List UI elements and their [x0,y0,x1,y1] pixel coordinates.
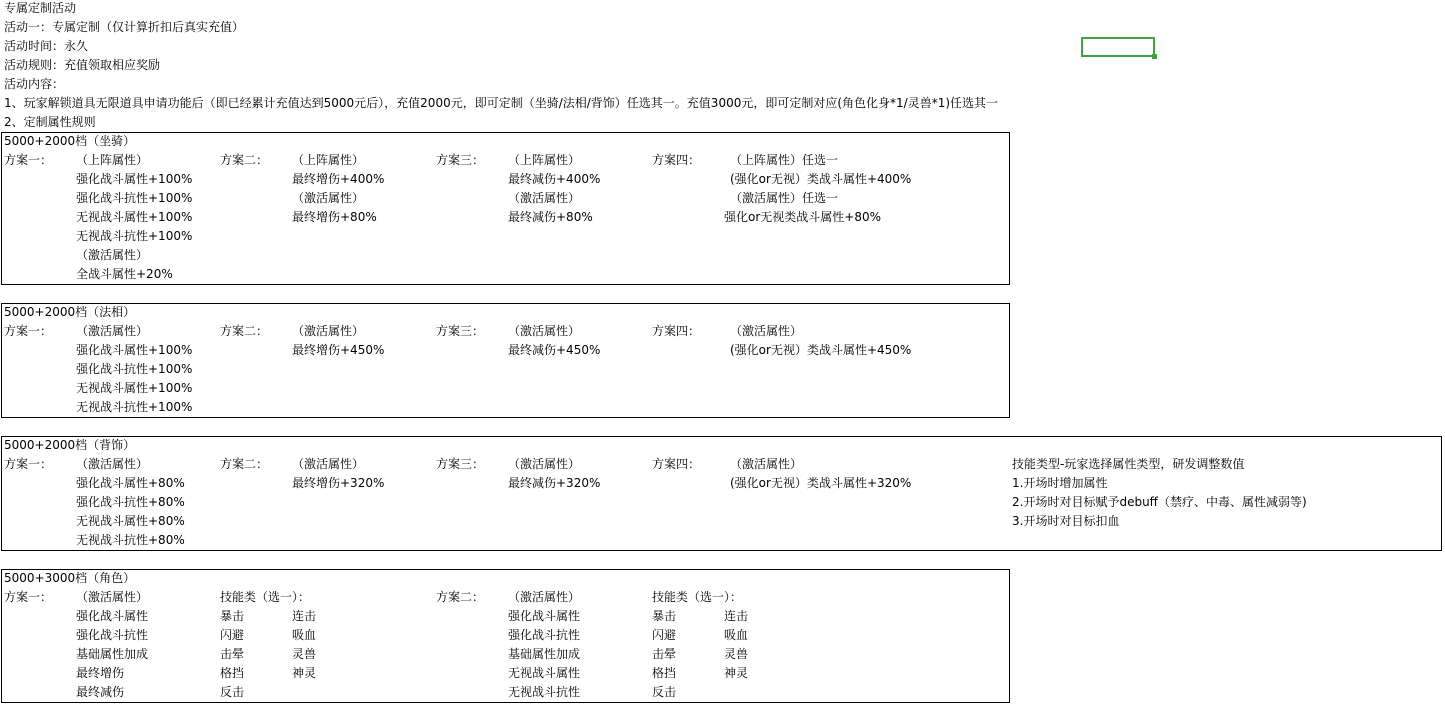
role-plan2-skill: 格挡 [652,664,676,683]
back-plan1-line: （激活属性） [76,455,148,474]
back-plan2-label: 方案二： [220,455,268,474]
back-plan1-line: 强化战斗属性+80% [76,474,185,493]
role-plan2-skill-label: 技能类（选一）： [652,588,742,607]
mount-plan1-line: 强化战斗属性+100% [76,170,192,189]
faxiang-plan3-line: （激活属性） [508,322,580,341]
role-plan1-skill: 闪避 [220,626,244,645]
mount-plan3-line: （上阵属性） [508,151,580,170]
mount-plan1-line: （上阵属性） [76,151,148,170]
skill-note: 技能类型-玩家选择属性类型，研发调整数值 [1012,455,1244,474]
back-plan2-line: （激活属性） [292,455,364,474]
role-plan2-line: （激活属性） [508,588,580,607]
mount-plan3-line: 最终减伤+80% [508,208,593,227]
mount-plan2-label: 方案二： [220,151,268,170]
role-plan1-line: 强化战斗属性 [76,607,148,626]
role-plan1-skill: 灵兽 [292,645,316,664]
mount-plan4-line: （上阵属性）任选一 [730,151,838,170]
faxiang-plan3-label: 方案三： [436,322,484,341]
role-plan2-line: 无视战斗属性 [508,664,580,683]
mount-plan2-line: （激活属性） [292,189,364,208]
role-plan1-line: 强化战斗抗性 [76,626,148,645]
role-plan2-line: 基础属性加成 [508,645,580,664]
faxiang-plan1-label: 方案一： [4,322,52,341]
mount-plan2-line: （上阵属性） [292,151,364,170]
role-plan1-skill: 格挡 [220,664,244,683]
mount-plan2-line: 最终增伤+80% [292,208,377,227]
mount-plan1-line: 无视战斗抗性+100% [76,227,192,246]
mount-plan2-line: 最终增伤+400% [292,170,384,189]
role-plan1-skill: 连击 [292,607,316,626]
mount-plan4-label: 方案四： [652,151,700,170]
role-plan2-line: 强化战斗抗性 [508,626,580,645]
role-plan1-line: 最终减伤 [76,683,124,702]
role-plan2-skill: 击晕 [652,645,676,664]
activity-time: 活动时间：永久 [4,37,88,56]
faxiang-plan1-line: （激活属性） [76,322,148,341]
back-plan1-line: 无视战斗抗性+80% [76,531,185,550]
role-plan2-skill: 灵兽 [724,645,748,664]
back-plan4-line: （激活属性） [730,455,802,474]
mount-plan3-line: （激活属性） [508,189,580,208]
faxiang-plan2-line: 最终增伤+450% [292,341,384,360]
role-plan1-label: 方案一： [4,588,52,607]
role-plan2-skill: 反击 [652,683,676,702]
mount-plan3-label: 方案三： [436,151,484,170]
faxiang-plan4-line: （激活属性） [730,322,802,341]
back-plan2-line: 最终增伤+320% [292,474,384,493]
role-plan2-skill: 连击 [724,607,748,626]
role-plan1-line: 最终增伤 [76,664,124,683]
mount-title: 5000+2000档（坐骑） [4,132,135,151]
page-title: 专属定制活动 [4,0,76,18]
skill-note: 3.开场时对目标扣血 [1012,512,1119,531]
role-plan2-line: 无视战斗抗性 [508,683,580,702]
skill-note: 2.开场时对目标赋予debuff（禁疗、中毒、属性减弱等) [1012,493,1307,512]
faxiang-plan4-line: (强化or无视）类战斗属性+450% [730,341,911,360]
mount-plan3-line: 最终减伤+400% [508,170,600,189]
activity-rule: 活动规则：充值领取相应奖励 [4,56,160,75]
back-plan3-line: （激活属性） [508,455,580,474]
faxiang-plan1-line: 无视战斗抗性+100% [76,398,192,417]
role-plan1-skill: 反击 [220,683,244,702]
faxiang-plan2-label: 方案二： [220,322,268,341]
role-plan1-skill-label: 技能类（选一）： [220,588,310,607]
activity-item-1: 1、玩家解锁道具无限道具申请功能后（即已经累计充值达到5000元后），充值200… [4,94,998,113]
faxiang-plan3-line: 最终减伤+450% [508,341,600,360]
mount-plan1-line: 全战斗属性+20% [76,265,173,284]
back-plan1-label: 方案一： [4,455,52,474]
role-plan1-line: （激活属性） [76,588,148,607]
mount-plan4-line: 强化or无视类战斗属性+80% [724,208,881,227]
activity-name: 活动一：专属定制（仅计算折扣后真实充值） [4,18,244,37]
role-plan1-skill: 神灵 [292,664,316,683]
back-plan3-line: 最终减伤+320% [508,474,600,493]
back-plan1-line: 强化战斗抗性+80% [76,493,185,512]
faxiang-plan1-line: 无视战斗属性+100% [76,379,192,398]
mount-plan4-line: (强化or无视）类战斗属性+400% [730,170,911,189]
role-plan2-line: 强化战斗属性 [508,607,580,626]
selected-cell[interactable] [1081,37,1155,57]
role-title: 5000+3000档（角色） [4,569,135,588]
activity-item-2: 2、定制属性规则 [4,113,96,132]
back-plan4-line: (强化or无视）类战斗属性+320% [730,474,911,493]
mount-plan1-line: （激活属性） [76,246,148,265]
mount-plan1-line: 强化战斗抗性+100% [76,189,192,208]
back-plan1-line: 无视战斗属性+80% [76,512,185,531]
role-plan2-skill: 暴击 [652,607,676,626]
role-plan2-skill: 吸血 [724,626,748,645]
role-plan2-label: 方案二： [436,588,484,607]
back-title: 5000+2000档（背饰） [4,436,135,455]
mount-plan1-label: 方案一： [4,151,52,170]
role-plan1-skill: 击晕 [220,645,244,664]
role-plan1-skill: 吸血 [292,626,316,645]
role-plan1-line: 基础属性加成 [76,645,148,664]
faxiang-plan2-line: （激活属性） [292,322,364,341]
back-plan3-label: 方案三： [436,455,484,474]
back-plan4-label: 方案四： [652,455,700,474]
fill-handle[interactable] [1152,54,1157,59]
role-box [1,569,1010,703]
mount-plan4-line: （激活属性）任选一 [730,189,838,208]
faxiang-plan1-line: 强化战斗抗性+100% [76,360,192,379]
role-plan1-skill: 暴击 [220,607,244,626]
role-plan2-skill: 神灵 [724,664,748,683]
role-plan2-skill: 闪避 [652,626,676,645]
activity-content-label: 活动内容： [4,75,64,94]
faxiang-plan4-label: 方案四： [652,322,700,341]
faxiang-title: 5000+2000档（法相） [4,303,135,322]
mount-plan1-line: 无视战斗属性+100% [76,208,192,227]
skill-note: 1.开场时增加属性 [1012,474,1107,493]
faxiang-plan1-line: 强化战斗属性+100% [76,341,192,360]
